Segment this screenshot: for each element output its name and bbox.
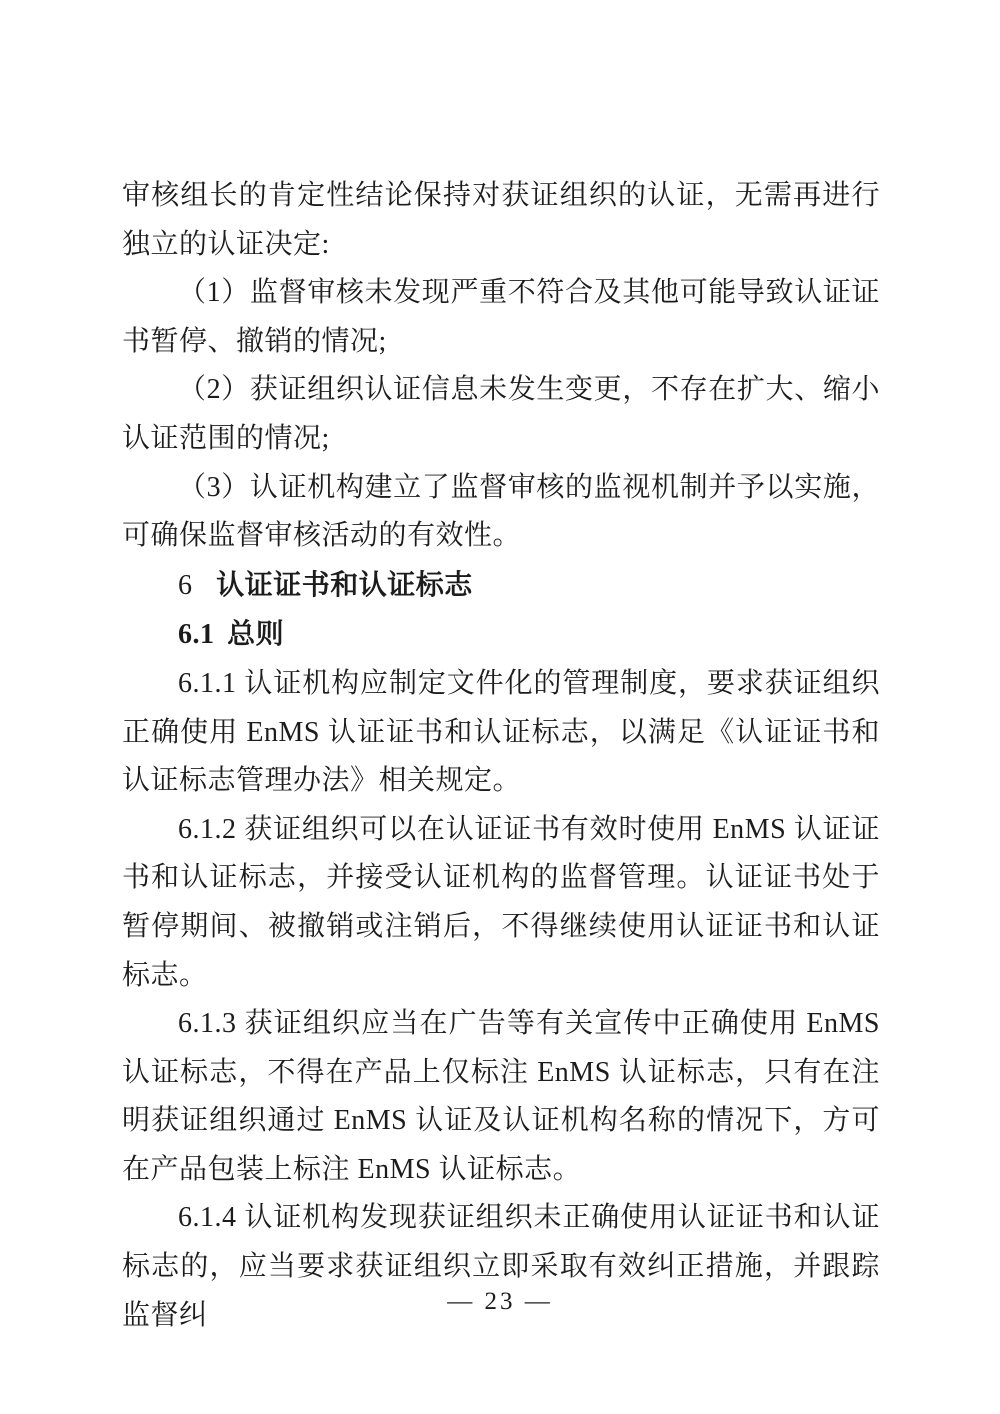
page-number: — 23 — <box>447 1288 553 1315</box>
paragraph-continuation: 审核组长的肯定性结论保持对获证组织的认证，无需再进行独立的认证决定: <box>122 172 880 269</box>
paragraph-6-1-4: 6.1.4 认证机构发现获证组织未正确使用认证证书和认证标志的，应当要求获证组织… <box>122 1194 880 1340</box>
list-item-1: （1）监督审核未发现严重不符合及其他可能导致认证证书暂停、撤销的情况; <box>122 269 880 366</box>
list-item-3: （3）认证机构建立了监督审核的监视机制并予以实施，可确保监督审核活动的有效性。 <box>122 464 880 561</box>
document-page: 审核组长的肯定性结论保持对获证组织的认证，无需再进行独立的认证决定: （1）监督… <box>0 0 1000 1414</box>
paragraph-6-1-3: 6.1.3 获证组织应当在广告等有关宣传中正确使用 EnMS 认证标志，不得在产… <box>122 1000 880 1194</box>
paragraph-6-1-2: 6.1.2 获证组织可以在认证证书有效时使用 EnMS 认证证书和认证标志，并接… <box>122 806 880 1000</box>
section-heading-number: 6 <box>178 570 193 601</box>
paragraph-6-1-1: 6.1.1 认证机构应制定文件化的管理制度，要求获证组织正确使用 EnMS 认证… <box>122 660 880 806</box>
subsection-heading-title: 总则 <box>227 618 284 649</box>
page-footer: — 23 — <box>0 1288 1000 1316</box>
document-body: 审核组长的肯定性结论保持对获证组织的认证，无需再进行独立的认证决定: （1）监督… <box>122 172 880 1340</box>
subsection-heading-number: 6.1 <box>178 619 215 650</box>
section-heading-title: 认证证书和认证标志 <box>216 569 473 600</box>
subsection-heading-6-1: 6.1总则 <box>122 610 880 660</box>
list-item-2: （2）获证组织认证信息未发生变更，不存在扩大、缩小认证范围的情况; <box>122 366 880 463</box>
section-heading-6: 6认证证书和认证标志 <box>122 561 880 611</box>
